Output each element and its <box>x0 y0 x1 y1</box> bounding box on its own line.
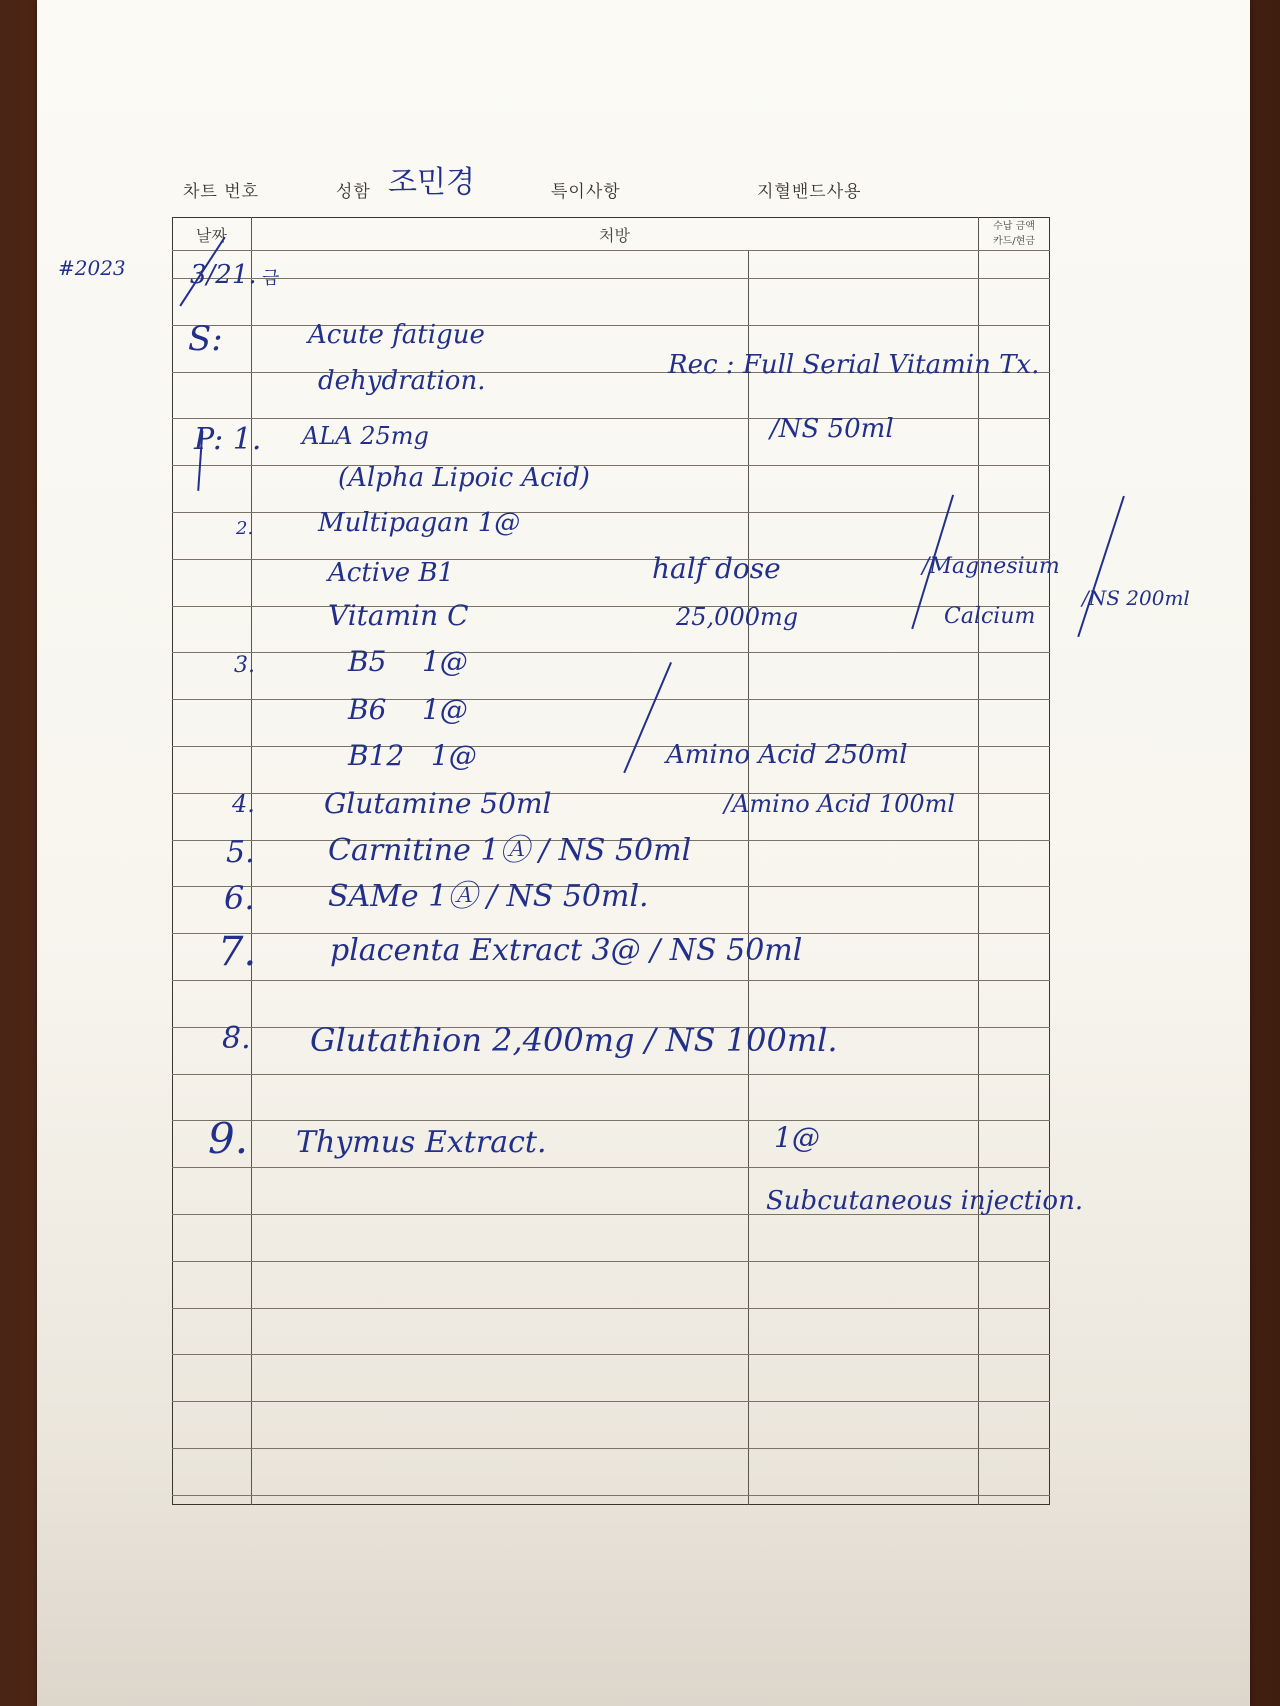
rx-magnesium: /Magnesium <box>922 556 1060 578</box>
rx-thymus-dose: 1@ <box>774 1124 820 1152</box>
prescription-subcolumn-divider <box>748 250 749 1505</box>
row-rule-line <box>172 325 1050 326</box>
row-rule-line <box>172 1074 1050 1075</box>
patient-name: 조민경 <box>388 168 475 198</box>
rx-calcium: Calcium <box>944 606 1035 628</box>
rx-number-2: 2. <box>236 520 253 538</box>
row-rule-line <box>172 1495 1050 1496</box>
plan-label: P: 1. <box>194 425 261 455</box>
row-rule-line <box>172 1448 1050 1449</box>
recommendation-ns: /NS 50ml <box>770 416 894 442</box>
row-rule-line <box>172 1354 1050 1355</box>
date-header: 날짜 <box>172 223 251 246</box>
row-rule-line <box>172 1261 1050 1262</box>
rx-glutathione: Glutathion 2,400mg / NS 100ml. <box>310 1024 838 1056</box>
row-rule-line <box>172 512 1050 513</box>
rx-placenta: placenta Extract 3@ / NS 50ml <box>330 936 802 966</box>
rx-vitamin-c-dose: 25,000mg <box>676 605 798 629</box>
rx-carnitine: Carnitine 1Ⓐ / NS 50ml <box>328 836 691 866</box>
rx-thymus: Thymus Extract. <box>296 1128 546 1158</box>
rx-half-dose: half dose <box>652 555 781 583</box>
rx-amino-acid-250: Amino Acid 250ml <box>666 742 908 768</box>
rx-ns-200: /NS 200ml <box>1082 588 1190 608</box>
row-rule-line <box>172 652 1050 653</box>
rx-b12: B12 1@ <box>348 742 477 770</box>
row-rule-line <box>172 980 1050 981</box>
special-notes-label: 특이사항 <box>551 177 621 202</box>
row-rule-line <box>172 418 1050 419</box>
recommendation: Rec : Full Serial Vitamin Tx. <box>668 352 1039 378</box>
subjective-label: S: <box>188 322 223 356</box>
payment-header-line2: 카드/현금 <box>978 234 1050 249</box>
rx-number-4: 4. <box>232 792 255 816</box>
rx-number-6: 6. <box>224 882 255 914</box>
rx-vitamin-c: Vitamin C <box>328 602 469 630</box>
row-rule-line <box>172 250 1050 251</box>
rx-b6: B6 1@ <box>348 696 468 724</box>
rx-active-b1: Active B1 <box>328 560 454 586</box>
chart-number-note: #2023 <box>58 258 126 278</box>
payment-header-line1: 수납 금액 <box>978 219 1050 234</box>
row-rule-line <box>172 559 1050 560</box>
rx-number-8: 8. <box>222 1024 251 1054</box>
row-rule-line <box>172 1167 1050 1168</box>
payment-column-divider <box>978 217 979 1505</box>
row-rule-line <box>172 465 1050 466</box>
rx-b5: B5 1@ <box>348 648 468 676</box>
rx-number-7: 7. <box>218 932 256 972</box>
rx-number-9: 9. <box>208 1118 248 1160</box>
rx-multipagan: Multipagan 1@ <box>318 510 520 536</box>
hemostatic-band-label: 지혈밴드사용 <box>757 177 862 202</box>
row-rule-line <box>172 699 1050 700</box>
day-mark: 금 <box>262 270 279 288</box>
row-rule-line <box>172 746 1050 747</box>
row-rule-line <box>172 278 1050 279</box>
rx-amino-acid-100: /Amino Acid 100ml <box>724 792 955 816</box>
name-label: 성함 <box>336 177 371 202</box>
row-rule-line <box>172 1120 1050 1121</box>
symptom-line-2: dehydration. <box>318 368 485 394</box>
rx-subcutaneous-injection: Subcutaneous injection. <box>766 1188 1083 1214</box>
rx-number-5: 5. <box>226 838 255 868</box>
row-rule-line <box>172 1308 1050 1309</box>
rx-glutamine: Glutamine 50ml <box>324 790 551 818</box>
rx-number-3: 3. <box>234 655 255 677</box>
rx-ala-full-name: (Alpha Lipoic Acid) <box>338 465 590 491</box>
rx-same: SAMe 1Ⓐ / NS 50ml. <box>328 882 649 912</box>
rx-ala: ALA 25mg <box>302 424 429 448</box>
prescription-header: 처방 <box>251 223 978 246</box>
row-rule-line <box>172 1401 1050 1402</box>
chart-number-label: 차트 번호 <box>183 177 259 202</box>
symptom-line-1: Acute fatigue <box>308 322 485 348</box>
